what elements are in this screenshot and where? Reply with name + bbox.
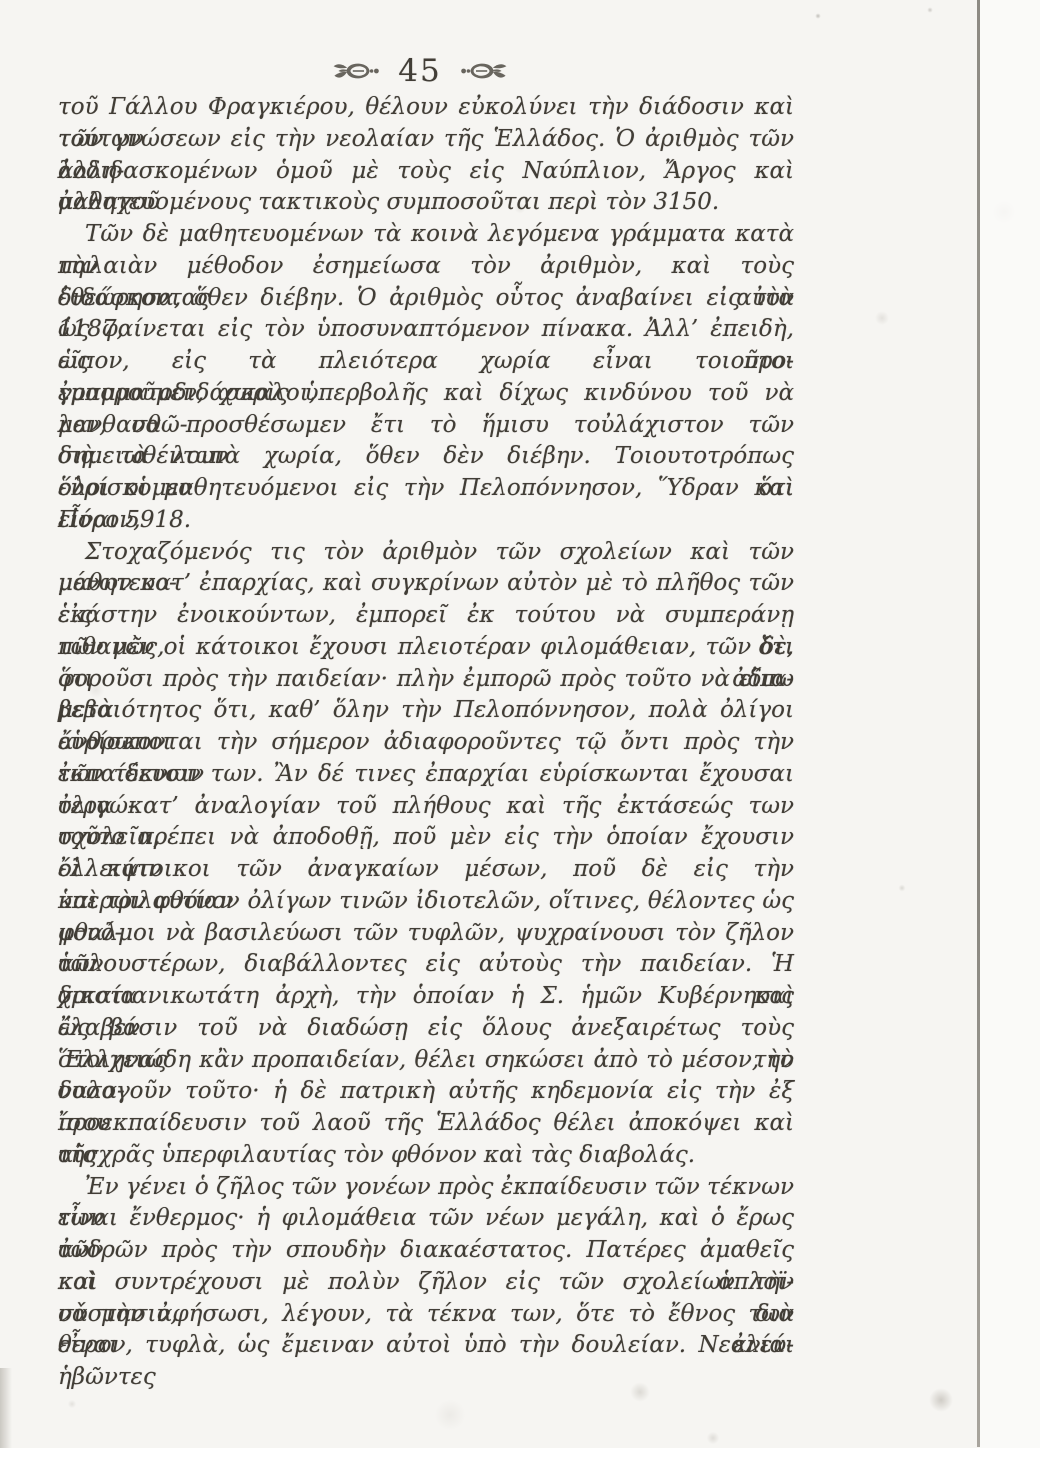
text-line: νὰ μὴν ἀφήσωσι, λέγουν, τὰ τέκνα των, ὅτ… <box>58 1299 794 1331</box>
text-line: ἐθεώρησα, ὅθεν διέβην. Ὁ ἀριθμὸς οὗτος ἀ… <box>58 283 794 315</box>
text-line: τῶν γνώσεων εἰς τὴν νεολαίαν τῆς Ἑλλάδος… <box>58 124 794 156</box>
text-line: ὅλοι οἱ μαθητευόμενοι εἰς τὴν Πελοπόννησ… <box>58 473 794 505</box>
text-line: ναλογοῦν τοῦτο· ἡ δὲ πατρικὴ αὐτῆς κηδεμ… <box>58 1076 794 1108</box>
text-line: ὡς φαίνεται εἰς τὸν ὑποσυναπτόμενον πίνα… <box>58 314 794 346</box>
text-line: Ἐν γένει ὁ ζῆλος τῶν γονέων πρὸς ἐκπαίδε… <box>58 1172 794 1204</box>
text-line: μένων κατ’ ἐπαρχίας, καὶ συγκρίνων αὐτὸν… <box>58 568 794 600</box>
text-line: κοὶ συντρέχουσι μὲ πολὺν ζῆλον εἰς τῶν σ… <box>58 1267 794 1299</box>
fleuron-right-icon <box>460 60 508 82</box>
text-line: ἁπλουστέρων, διαβάλλοντες εἰς αὐτοὺς τὴν… <box>58 949 794 981</box>
page-edge-line <box>977 0 980 1447</box>
text-line: διὰ τὰ λοιπὰ χωρία, ὅθεν δὲν διέβην. Τοι… <box>58 441 794 473</box>
text-line: ἑκάστην ἐνοικούντων, ἐμπορεῖ ἐκ τούτου ν… <box>58 600 794 632</box>
text-line: φθαλμοι νὰ βασιλεύωσι τῶν τυφλῶν, ψυχραί… <box>58 918 794 950</box>
text-line: εὑρίσκονται τὴν σήμερον ἀδιαφοροῦντες τῷ… <box>58 727 794 759</box>
text-line: λοδιδασκομένων ὁμοῦ μὲ τοὺς εἰς Ναύπλιον… <box>58 156 794 188</box>
text-line: Στοχαζόμενός τις τὸν ἀριθμὸν τῶν σχολείω… <box>58 537 794 569</box>
text-line: τοῦτο πρέπει νὰ ἀποδοθῇ, ποῦ μὲν εἰς τὴν… <box>58 822 794 854</box>
fleuron-left-icon <box>332 60 380 82</box>
text-line: μεν, να προσθέσωμεν ἔτι τὸ ἥμισυ τοὐλάχι… <box>58 410 794 442</box>
text-line: ἀνδρῶν πρὸς τὴν σπουδὴν διακαέστατος. Πα… <box>58 1235 794 1267</box>
text-line: προεκπαίδευσιν τοῦ λαοῦ τῆς Ἑλλάδος θέλε… <box>58 1108 794 1140</box>
page-header: 45 <box>0 48 840 94</box>
text-line: μαθητευομένους τακτικοὺς συμποσοῦται περ… <box>58 187 794 219</box>
text-line: οἱ κάτοικοι τῶν ἀναγκαίων μέσων, ποῦ δὲ … <box>58 854 794 886</box>
text-line: θερον, τυφλὰ, ὡς ἔμειναν αὐτοὶ ὑπὸ τὴν δ… <box>58 1330 794 1362</box>
scan-outer-margin <box>980 0 1040 1448</box>
text-line: εἶναι 5918. <box>58 505 794 537</box>
text-line: χριστιανικωτάτη ἀρχὴ, τὴν ὁποίαν ἡ Σ. ἡμ… <box>58 981 794 1013</box>
text-line: τῶν τέκνων των. Ἂν δέ τινες ἐπαρχίαι εὑρ… <box>58 759 794 791</box>
scanned-book-page: 45 τοῦ Γάλλου Φραγκιέρου, θέλουν εὐκολύν… <box>0 0 1040 1471</box>
text-line: τῶν μὲν οἱ κάτοικοι ἔχουσι πλειοτέραν φι… <box>58 632 794 664</box>
page-text: τοῦ Γάλλου Φραγκιέρου, θέλουν εὐκολύνει … <box>58 92 794 1362</box>
text-line: φοροῦσι πρὸς τὴν παιδείαν· πλὴν ἐμπορῶ π… <box>58 664 794 696</box>
page-number: 45 <box>398 53 441 89</box>
text-line: ὡς βάσιν τοῦ νὰ διαδώσῃ εἰς ὅλους ἀνεξαι… <box>58 1013 794 1045</box>
text-line: τοῦ Γάλλου Φραγκιέρου, θέλουν εὐκολύνει … <box>58 92 794 124</box>
text-line: αἰσχρᾶς ὑπερφιλαυτίας τὸν φθόνον καὶ τὰς… <box>58 1140 794 1172</box>
text-line: εἶναι ἔνθερμος· ἡ φιλομάθεια τῶν νέων με… <box>58 1203 794 1235</box>
text-line: παλαιὰν μέθοδον ἐσημείωσα τὸν ἀριθμὸν, κ… <box>58 251 794 283</box>
text-line: τερα κατ’ ἀναλογίαν τοῦ πλήθους καὶ τῆς … <box>58 791 794 823</box>
text-line: εῖπον, εἰς τὰ πλειότερα χωρία εἶναι τοιο… <box>58 346 794 378</box>
text-line: στοιχειώδη κἂν προπαιδείαν, θέλει σηκώσε… <box>58 1045 794 1077</box>
corner-shadow <box>0 1368 12 1448</box>
text-line: καὶ τὸν φθόνον ὀλίγων τινῶν ἰδιοτελῶν, ο… <box>58 886 794 918</box>
text-line: βεβαιότητος ὅτι, καθ’ ὅλην τὴν Πελοπόννη… <box>58 695 794 727</box>
text-line: Τῶν δὲ μαθητευομένων τὰ κοινὰ λεγόμενα γ… <box>58 219 794 251</box>
text-line: ἐμποροῦμεν, χωρὶς ὑπερβολῆς καὶ δίχως κι… <box>58 378 794 410</box>
